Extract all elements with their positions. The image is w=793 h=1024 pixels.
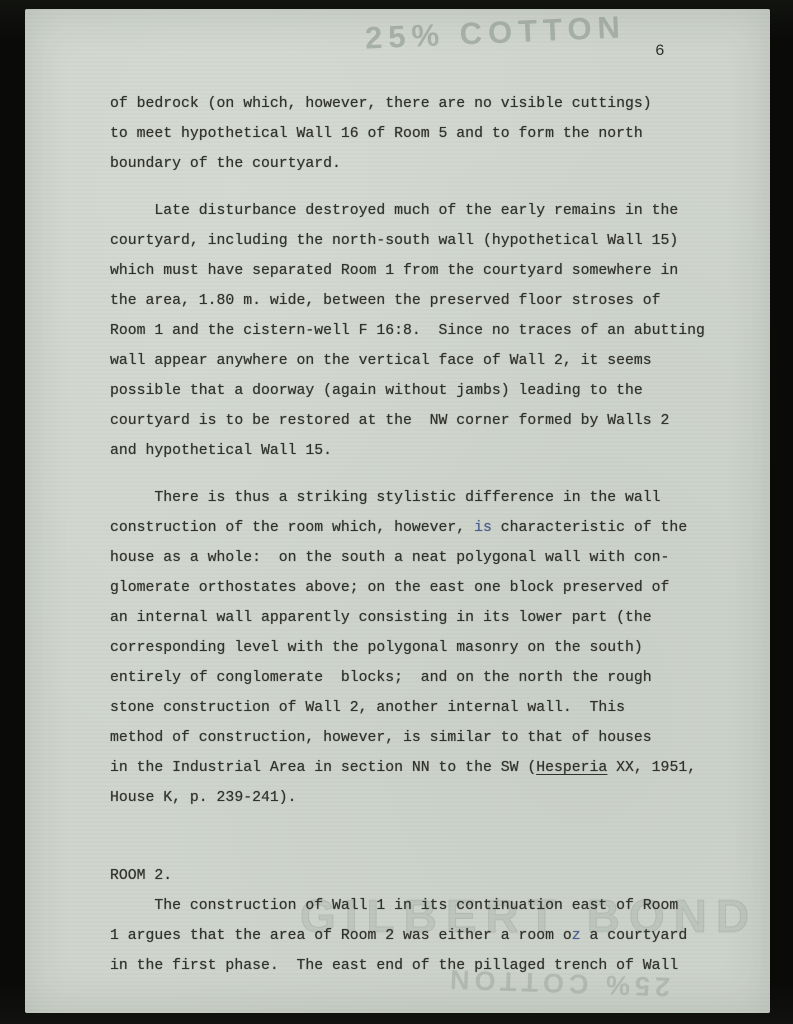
typed-line: There is thus a striking stylistic diffe… <box>110 483 740 513</box>
ink-correction: z <box>572 928 581 944</box>
typed-line: Late disturbance destroyed much of the e… <box>110 196 740 226</box>
typed-line: corresponding level with the polygonal m… <box>110 633 740 663</box>
underlined-citation: Hesperia <box>536 760 607 776</box>
paragraph: The construction of Wall 1 in its contin… <box>110 891 740 981</box>
typed-line: construction of the room which, however,… <box>110 513 740 543</box>
typed-line: Room 1 and the cistern-well F 16:8. Sinc… <box>110 316 740 346</box>
ink-correction: is <box>474 520 492 536</box>
typed-line: an internal wall apparently consisting i… <box>110 603 740 633</box>
typed-line: method of construction, however, is simi… <box>110 723 740 753</box>
typed-line: wall appear anywhere on the vertical fac… <box>110 346 740 376</box>
typed-line: possible that a doorway (again without j… <box>110 376 740 406</box>
typed-line: courtyard, including the north-south wal… <box>110 226 740 256</box>
typed-line: to meet hypothetical Wall 16 of Room 5 a… <box>110 119 740 149</box>
paper-watermark-top: 25% COTTON <box>364 9 626 56</box>
typed-line: house as a whole: on the south a neat po… <box>110 543 740 573</box>
paragraph: of bedrock (on which, however, there are… <box>110 89 740 179</box>
section-heading: ROOM 2. <box>110 861 740 891</box>
typed-line: boundary of the courtyard. <box>110 149 740 179</box>
paragraph: There is thus a striking stylistic diffe… <box>110 483 740 813</box>
typed-text: of bedrock (on which, however, there are… <box>110 89 740 998</box>
typed-line: of bedrock (on which, however, there are… <box>110 89 740 119</box>
paper-page: 25% COTTON GILBERT BOND 25% COTTON 6 of … <box>25 9 770 1013</box>
typed-line: the area, 1.80 m. wide, between the pres… <box>110 286 740 316</box>
typed-line: 1 argues that the area of Room 2 was eit… <box>110 921 740 951</box>
typed-line: The construction of Wall 1 in its contin… <box>110 891 740 921</box>
typed-line: glomerate orthostates above; on the east… <box>110 573 740 603</box>
typed-line: which must have separated Room 1 from th… <box>110 256 740 286</box>
typed-line: courtyard is to be restored at the NW co… <box>110 406 740 436</box>
typed-line: and hypothetical Wall 15. <box>110 436 740 466</box>
page-number: 6 <box>655 42 665 60</box>
scanned-document-frame: 25% COTTON GILBERT BOND 25% COTTON 6 of … <box>0 0 793 1024</box>
typed-line: in the Industrial Area in section NN to … <box>110 753 740 783</box>
typed-line: entirely of conglomerate blocks; and on … <box>110 663 740 693</box>
typed-line: House K, p. 239-241). <box>110 783 740 813</box>
typed-line: in the first phase. The east end of the … <box>110 951 740 981</box>
typed-line: stone construction of Wall 2, another in… <box>110 693 740 723</box>
paragraph: Late disturbance destroyed much of the e… <box>110 196 740 466</box>
